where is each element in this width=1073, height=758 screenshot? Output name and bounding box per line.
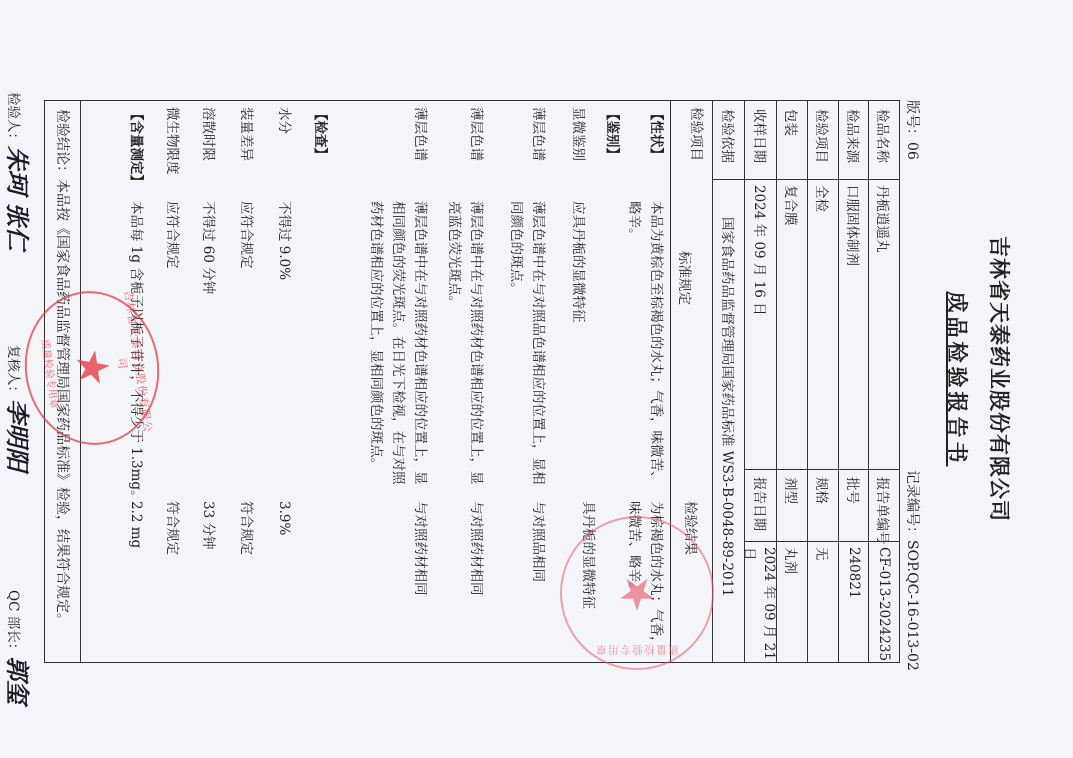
inspection-table: 检品名称 丹栀逍遥丸 报告单编号 CF-013-2024235 检品来源 口服固… (44, 100, 900, 663)
assay-result: 2.2 mg (125, 501, 147, 548)
weight-variation-result: 符合规定 (235, 501, 257, 555)
microbial-result: 符合规定 (161, 501, 183, 555)
report-page: 吉林省天泰药业股份有限公司 成品检验报告书 版号：06 记录编号：SOP.QC-… (0, 0, 1073, 758)
section-identification: 【鉴别】 (601, 107, 623, 161)
label-source: 检品来源 (839, 101, 869, 187)
microbial-standard: 应符合规定 (161, 201, 183, 269)
column-header-item: 检验项目 (685, 107, 707, 161)
tlc2-result: 与对照药材相同 (465, 501, 487, 596)
qc-seal-stamp: 质量检验专用章 ★ (560, 516, 714, 670)
reviewer-signature: 复核人：李明阳 (2, 345, 37, 471)
row-source: 检品来源 口服固体制剂 批号 240821 (838, 101, 869, 662)
row-inspect-item: 检验项目 全检 规格 无 (807, 101, 839, 662)
value-dosage: 丸剂 (777, 541, 808, 574)
tlc1-result: 与对照品相同 (527, 501, 549, 582)
value-inspect-item: 全检 (808, 179, 839, 475)
moisture-result: 3.9% (273, 501, 295, 535)
microbial-name: 微生物限度 (161, 107, 183, 175)
value-sample-date: 2024 年 09 月 16 日 (745, 179, 777, 475)
value-batch: 240821 (839, 541, 869, 599)
disintegration-name: 溶散时限 (197, 107, 219, 161)
record-number: 记录编号：SOP.QC-16-013-02 (903, 470, 923, 671)
label-package: 包装 (777, 101, 808, 187)
qc-manager-signature: QC 部长：郭玺 (2, 590, 37, 704)
value-spec: 无 (808, 541, 839, 561)
label-spec: 规格 (808, 469, 839, 547)
microscopic-name: 显微鉴别 (567, 107, 589, 161)
tlc1-name: 薄层色谱 (527, 107, 549, 161)
report-title: 成品检验报告书 (943, 0, 973, 758)
weight-variation-name: 装量差异 (235, 107, 257, 161)
column-header-standard: 标准规定 (673, 251, 695, 305)
value-product-name: 丹栀逍遥丸 (869, 179, 899, 475)
qc-seal-text: 质量检验专用章 (562, 642, 712, 658)
moisture-name: 水分 (273, 107, 295, 134)
appearance-standard: 本品为黄棕色至棕褐色的水丸；气香，味微苦、略辛。 (623, 201, 667, 486)
section-assay: 【含量测定】 (125, 107, 147, 188)
value-report-no: CF-013-2024235 (869, 541, 899, 661)
disintegration-result: 33 分钟 (197, 501, 219, 549)
tlc3-standard: 薄层色谱中在与对照药材色谱相应的位置上，显相同颜色的荧光斑点。在日光下检视，在与… (365, 201, 431, 486)
row-product-name: 检品名称 丹栀逍遥丸 报告单编号 CF-013-2024235 (868, 101, 899, 662)
disintegration-standard: 不得过 60 分钟 (197, 201, 219, 294)
value-basis: 国家食品药品监督管理局国家药品标准 WS3-B-0048-89-2011 (713, 211, 745, 597)
inspector-signature: 检验人：朱珂 张仁 (2, 92, 37, 250)
label-batch: 批号 (839, 469, 869, 547)
section-examination: 【检查】 (309, 107, 331, 161)
microscopic-standard: 应具丹栀的显微特征 (567, 201, 589, 323)
label-inspect-item: 检验项目 (808, 101, 839, 187)
value-report-date: 2024 年 09 月 21 日 (745, 541, 777, 662)
value-package: 复合膜 (777, 179, 808, 475)
company-seal-subtext: 质量检验专用章 (33, 298, 69, 449)
tlc3-result: 与对照药材相同 (409, 501, 431, 596)
version-number: 版号：06 (903, 100, 923, 160)
label-basis: 检验依据 (713, 101, 745, 187)
weight-variation-standard: 应符合规定 (235, 201, 257, 269)
row-sample-date: 收样日期 2024 年 09 月 16 日 报告日期 2024 年 09 月 2… (744, 101, 777, 662)
label-product-name: 检品名称 (869, 101, 899, 187)
value-source: 口服固体制剂 (839, 179, 869, 475)
row-basis: 检验依据 国家食品药品监督管理局国家药品标准 WS3-B-0048-89-201… (712, 101, 745, 662)
tlc3-name: 薄层色谱 (409, 107, 431, 161)
label-report-date: 报告日期 (745, 469, 777, 547)
tlc1-standard: 薄层色谱中在与对照品色谱相应的位置上，显相同颜色的斑点。 (505, 201, 549, 486)
company-name: 吉林省天泰药业股份有限公司 (985, 0, 1015, 758)
tlc2-standard: 薄层色谱中在与对照药材色谱相应的位置上，显亮蓝色荧光斑点。 (443, 201, 487, 486)
label-dosage: 剂型 (777, 469, 808, 547)
tlc2-name: 薄层色谱 (465, 107, 487, 161)
label-sample-date: 收样日期 (745, 101, 777, 187)
star-icon: ★ (67, 345, 116, 390)
section-appearance: 【性状】 (645, 107, 667, 161)
star-icon: ★ (617, 571, 656, 615)
moisture-standard: 不得过 9.0% (273, 201, 295, 280)
